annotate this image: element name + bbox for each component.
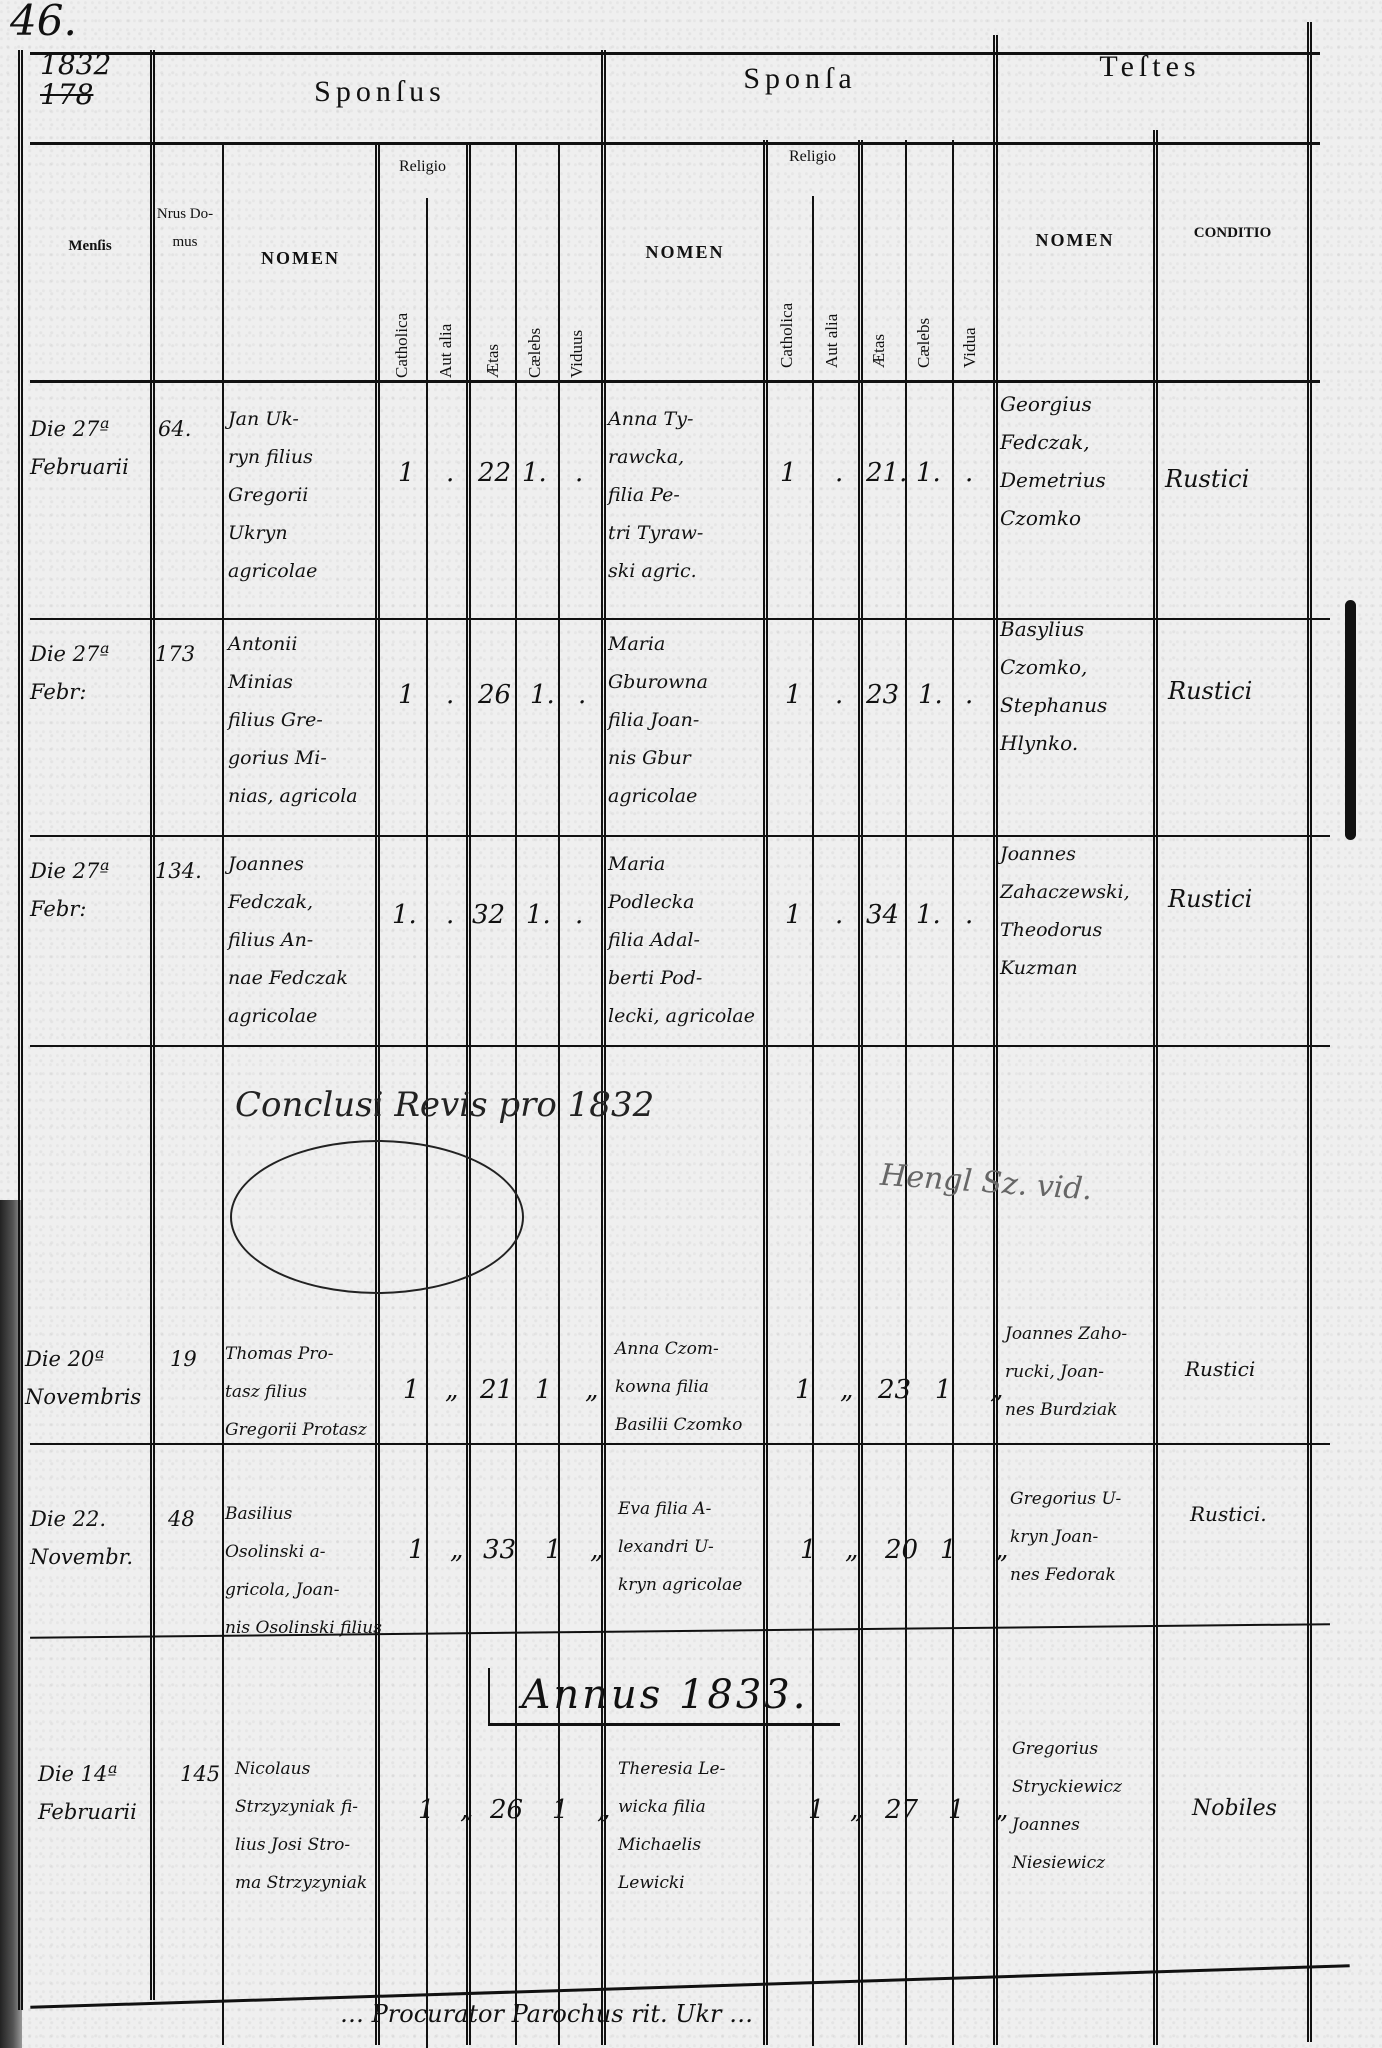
closing-flourish xyxy=(230,1140,524,1294)
entry-groom-viduus: . xyxy=(578,680,586,710)
entry-bride-vidua: „ xyxy=(995,1795,1008,1825)
entry-condition: Nobiles xyxy=(1192,1790,1277,1828)
bottom-signature: … Procurator Parochus rit. Ukr … xyxy=(340,2000,753,2028)
col-sponsus-aetas: Ætas xyxy=(483,344,503,378)
col-sponsa-catholica: Catholica xyxy=(777,303,797,368)
rule-sponsa-caelebs xyxy=(952,140,954,2045)
group-sponsa: Sponſa xyxy=(610,62,990,96)
frame-left xyxy=(18,50,23,2010)
entry-bride-age: 20 xyxy=(885,1535,918,1565)
entry-groom-catholica: 1 xyxy=(403,1375,420,1405)
col-nrus-domus: Nrus Do-mus xyxy=(155,200,215,256)
entry-groom-age: 32 xyxy=(472,900,505,930)
col-conditio: CONDITIO xyxy=(1160,225,1305,242)
entry-bride-caelebs: 1 xyxy=(940,1535,957,1565)
rule-mensis xyxy=(150,50,155,2000)
entry-groom-caelebs: 1. xyxy=(530,680,555,710)
entry-bride-name: Eva filia A- lexandri U- kryn agricolae xyxy=(618,1490,766,1604)
entry-bride-aut-alia: . xyxy=(835,680,843,710)
group-testes: Teſtes xyxy=(1000,50,1300,84)
entry-date: Die 22. Novembr. xyxy=(30,1500,155,1576)
entry-groom-caelebs: 1. xyxy=(526,900,551,930)
entry-bride-caelebs: 1 xyxy=(935,1375,952,1405)
entry-bride-vidua: „ xyxy=(990,1375,1003,1405)
entry-bride-caelebs: 1. xyxy=(916,900,941,930)
entry-bride-catholica: 1 xyxy=(780,458,797,488)
entry-groom-catholica: 1 xyxy=(418,1795,435,1825)
entry-condition: Rustici. xyxy=(1190,1495,1267,1533)
entry-bride-aut-alia: . xyxy=(835,900,843,930)
entry-bride-age: 23 xyxy=(866,680,899,710)
group-sponsus: Sponſus xyxy=(160,75,600,109)
entry-witnesses: Joannes Zahaczewski, Theodorus Kuzman xyxy=(1000,835,1155,987)
entry-groom-name: Joannes Fedczak, filius An- nae Fedczak … xyxy=(228,845,378,1035)
col-sponsus-caelebs: Cælebs xyxy=(525,328,545,378)
entry-groom-aut-alia: „ xyxy=(450,1535,463,1565)
col-sponsus-catholica: Catholica xyxy=(392,313,412,378)
entry-date: Die 27ª Februarii xyxy=(30,410,150,486)
col-sponsa-aut-alia: Aut alia xyxy=(822,314,842,368)
page-number: 46. xyxy=(10,0,77,45)
row-rule-3 xyxy=(30,1045,1330,1047)
entry-groom-viduus: „ xyxy=(597,1795,610,1825)
col-testes-nomen: NOMEN xyxy=(1000,230,1150,251)
entry-house-number: 145 xyxy=(180,1755,220,1793)
col-sponsa-nomen: NOMEN xyxy=(610,242,760,263)
entry-witnesses: Gregorius Stryckiewicz Joannes Niesiewic… xyxy=(1012,1730,1172,1882)
entry-bride-name: Anna Ty- rawcka, filia Pe- tri Tyraw- sk… xyxy=(608,400,758,590)
rule-sponsa-autalia xyxy=(858,140,863,2045)
entry-groom-age: 33 xyxy=(483,1535,516,1565)
entry-bride-aut-alia: . xyxy=(835,458,843,488)
entry-bride-name: Anna Czom- kowna filia Basilii Czomko xyxy=(615,1330,763,1444)
entry-groom-viduus: . xyxy=(575,458,583,488)
rule-nrus xyxy=(222,145,224,2045)
col-mensis: Menſis xyxy=(35,238,145,255)
entry-date: Die 27ª Febr: xyxy=(30,852,150,928)
entry-groom-viduus: . xyxy=(575,900,583,930)
entry-groom-viduus: „ xyxy=(585,1375,598,1405)
rule-sponsa-aetas xyxy=(905,140,907,2045)
entry-groom-age: 26 xyxy=(490,1795,523,1825)
entry-groom-caelebs: 1 xyxy=(535,1375,552,1405)
entry-groom-viduus: „ xyxy=(590,1535,603,1565)
entry-condition: Rustici xyxy=(1168,672,1252,710)
closing-note: Conclusi Revis pro 1832 xyxy=(235,1085,654,1125)
entry-groom-aut-alia: „ xyxy=(460,1795,473,1825)
entry-groom-name: Jan Uk- ryn filius Gregorii Ukryn agrico… xyxy=(228,400,378,590)
col-sponsus-aut-alia: Aut alia xyxy=(436,324,456,378)
entry-groom-age: 21 xyxy=(480,1375,513,1405)
margin-ink-mark xyxy=(1345,600,1356,840)
entry-house-number: 48 xyxy=(168,1500,195,1538)
entry-bride-vidua: „ xyxy=(995,1535,1008,1565)
entry-bride-catholica: 1 xyxy=(785,680,802,710)
register-page: 46. 1832 178 Sponſus Sponſa Teſtes Menſi… xyxy=(0,0,1382,2048)
entry-condition: Rustici xyxy=(1165,460,1249,498)
year-section-heading: Annus 1833. xyxy=(488,1668,840,1726)
entry-groom-age: 22 xyxy=(478,458,511,488)
year-current: 1832 xyxy=(40,50,140,80)
entry-bride-age: 27 xyxy=(885,1795,918,1825)
entry-bride-age: 23 xyxy=(878,1375,911,1405)
entry-groom-aut-alia: . xyxy=(446,900,454,930)
entry-bride-vidua: . xyxy=(965,458,973,488)
frame-right xyxy=(1307,22,1312,2042)
col-sponsa-caelebs: Cælebs xyxy=(914,318,934,368)
entry-bride-vidua: . xyxy=(965,680,973,710)
entry-date: Die 27ª Febr: xyxy=(30,635,150,711)
col-sponsus-viduus: Viduus xyxy=(567,330,587,378)
entry-groom-aut-alia: „ xyxy=(445,1375,458,1405)
entry-condition: Rustici xyxy=(1185,1350,1255,1388)
entry-bride-aut-alia: „ xyxy=(850,1795,863,1825)
entry-groom-aut-alia: . xyxy=(446,458,454,488)
col-sponsus-nomen: NOMEN xyxy=(228,248,373,269)
entry-bride-caelebs: 1. xyxy=(916,458,941,488)
entry-groom-aut-alia: . xyxy=(446,680,454,710)
register-year: 1832 178 xyxy=(40,50,140,110)
entry-bride-vidua: . xyxy=(965,900,973,930)
entry-bride-catholica: 1 xyxy=(808,1795,825,1825)
entry-groom-name: Thomas Pro- tasz filius Gregorii Protasz xyxy=(225,1335,380,1449)
entry-witnesses: Georgius Fedczak, Demetrius Czomko xyxy=(1000,385,1155,537)
entry-bride-catholica: 1 xyxy=(800,1535,817,1565)
col-sponsus-religio: Religio xyxy=(380,158,465,176)
col-sponsa-aetas: Ætas xyxy=(869,334,889,368)
entry-groom-age: 26 xyxy=(478,680,511,710)
entry-house-number: 134. xyxy=(155,852,202,890)
entry-groom-caelebs: 1 xyxy=(552,1795,569,1825)
rule-sponsa-end xyxy=(993,35,998,2045)
entry-bride-name: Maria Podlecka filia Adal- berti Pod- le… xyxy=(608,845,758,1035)
entry-bride-age: 34 xyxy=(866,900,899,930)
entry-bride-aut-alia: „ xyxy=(845,1535,858,1565)
entry-groom-catholica: 1. xyxy=(392,900,417,930)
entry-bride-caelebs: 1. xyxy=(918,680,943,710)
entry-bride-age: 21. xyxy=(866,458,907,488)
entry-bride-catholica: 1 xyxy=(795,1375,812,1405)
rule-sponsus-end xyxy=(601,50,606,2045)
entry-witnesses: Gregorius U- kryn Joan- nes Fedorak xyxy=(1010,1480,1160,1594)
col-sponsa-vidua: Vidua xyxy=(960,327,980,368)
entry-bride-caelebs: 1 xyxy=(948,1795,965,1825)
entry-witnesses: Basylius Czomko, Stephanus Hlynko. xyxy=(1000,610,1155,762)
entry-bride-aut-alia: „ xyxy=(840,1375,853,1405)
entry-groom-catholica: 1 xyxy=(398,458,415,488)
entry-groom-name: Basilius Osolinski a- gricola, Joan- nis… xyxy=(225,1495,385,1647)
entry-house-number: 19 xyxy=(170,1340,197,1378)
entry-groom-name: Nicolaus Strzyzyniak fi- lius Josi Stro-… xyxy=(235,1750,400,1902)
entry-witnesses: Joannes Zaho- rucki, Joan- nes Burdziak xyxy=(1005,1315,1155,1429)
rule-sponsa-catholica xyxy=(812,196,814,2046)
year-struck-out: 178 xyxy=(40,80,140,110)
entry-groom-name: Antonii Minias filius Gre- gorius Mi- ni… xyxy=(228,625,378,815)
col-sponsa-religio: Religio xyxy=(770,148,855,166)
entry-groom-caelebs: 1. xyxy=(522,458,547,488)
entry-bride-name: Theresia Le- wicka filia Michaelis Lewic… xyxy=(618,1750,766,1902)
entry-house-number: 173 xyxy=(155,635,195,673)
entry-groom-caelebs: 1 xyxy=(545,1535,562,1565)
entry-date: Die 14ª Februarii xyxy=(38,1755,163,1831)
entry-condition: Rustici xyxy=(1168,880,1252,918)
closing-signature: Hengl Sz. vid. xyxy=(879,1158,1093,1208)
entry-bride-name: Maria Gburowna filia Joan- nis Gbur agri… xyxy=(608,625,758,815)
entry-groom-catholica: 1 xyxy=(408,1535,425,1565)
entry-bride-catholica: 1 xyxy=(785,900,802,930)
entry-date: Die 20ª Novembris xyxy=(25,1340,150,1416)
entry-groom-catholica: 1 xyxy=(398,680,415,710)
entry-house-number: 64. xyxy=(158,410,191,448)
